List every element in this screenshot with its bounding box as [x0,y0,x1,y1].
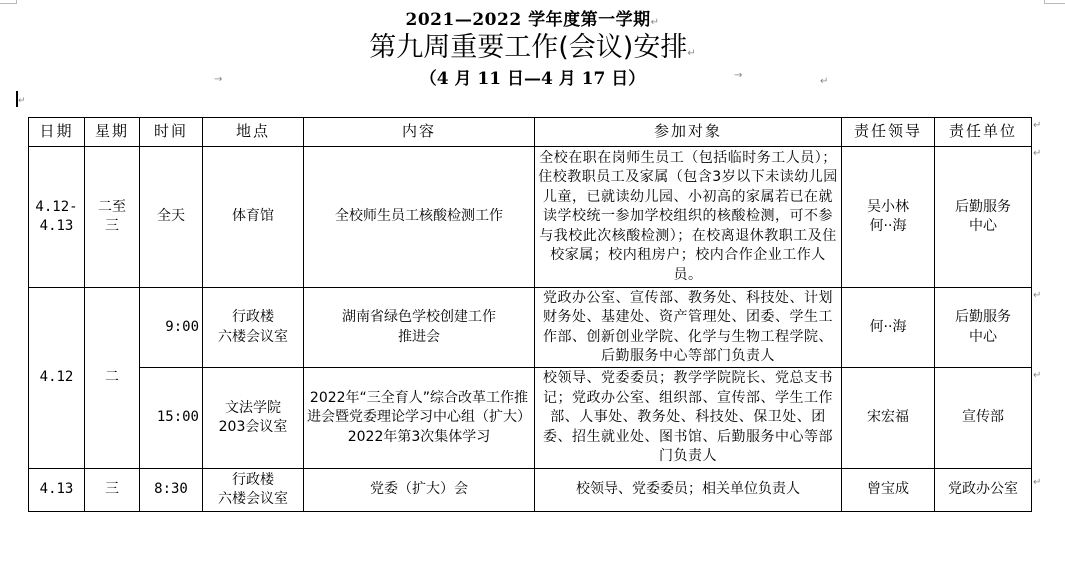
cell-participants: 校领导、党委委员；相关单位负责人 [535,469,842,512]
cell-location: 文法学院 203会议室 [203,368,304,469]
cell-time: 15:00 [140,368,203,469]
cell-participants: 全校在职在岗师生员工（包括临时务工人员）；住校教职员工及家属（包含3岁以下未读幼… [535,147,842,288]
header-content: 内容 [304,118,535,147]
cell-content: 党委（扩大）会 [304,469,535,512]
cell-date: 4.13 [29,469,85,512]
document-title: 第九周重要工作(会议)安排↵ [0,25,1065,64]
cell-participants: 党政办公室、宣传部、教务处、科技处、计划财务处、基建处、资产管理处、团委、学生工… [535,288,842,368]
cell-time: 8:30 [140,469,203,512]
header-leader: 责任领导 [842,118,935,147]
cell-unit: 党政办公室 [935,469,1032,512]
cell-content: 全校师生员工核酸检测工作 [304,147,535,288]
cell-leader: 曾宝成 [842,469,935,512]
date-range-heading: （4 月 11 日—4 月 17 日） [0,64,1065,89]
header-time: 时间 [140,118,203,147]
cell-unit: 后勤服务 中心 [935,147,1032,288]
row-end-mark-icon: ↵ [1033,120,1041,131]
cell-leader: 宋宏福 [842,368,935,469]
cell-time: 9:00 [140,288,203,368]
cell-leader: 何··海 [842,288,935,368]
cell-unit: 宣传部 [935,368,1032,469]
cell-location: 体育馆 [203,147,304,288]
cell-time: 全天 [140,147,203,288]
cell-unit: 后勤服务 中心 [935,288,1032,368]
cell-weekday: 二至 三 [85,147,140,288]
header-date: 日期 [29,118,85,147]
cell-participants: 校领导、党委委员；教学学院院长、党总支书记；党政办公室、组织部、宣传部、学生工作… [535,368,842,469]
cell-date: 4.12- 4.13 [29,147,85,288]
table-row: 4.13 三 8:30 行政楼 六楼会议室 党委（扩大）会 校领导、党委委员；相… [29,469,1032,512]
cell-content: 湖南省绿色学校创建工作 推进会 [304,288,535,368]
row-end-mark-icon: ↵ [1033,290,1041,301]
row-end-mark-icon: ↵ [1033,148,1041,159]
table-row: 15:00 文法学院 203会议室 2022年“三全育人”综合改革工作推进会暨党… [29,368,1032,469]
tab-mark-icon: → [214,74,222,85]
header-location: 地点 [203,118,304,147]
row-end-mark-icon: ↵ [1033,370,1041,381]
schedule-table: 日期 星期 时间 地点 内容 参加对象 责任领导 责任单位 4.12- 4.13… [28,117,1032,512]
page-corner-mark [1044,0,1065,4]
header-weekday: 星期 [85,118,140,147]
cell-date: 4.12 [29,288,85,469]
tab-mark-icon: → [734,70,742,81]
cell-location: 行政楼 六楼会议室 [203,469,304,512]
cell-location: 行政楼 六楼会议室 [203,288,304,368]
cell-weekday: 三 [85,469,140,512]
table-row: 4.12- 4.13 二至 三 全天 体育馆 全校师生员工核酸检测工作 全校在职… [29,147,1032,288]
row-end-mark-icon: ↵ [1033,477,1041,488]
cell-weekday: 二 [85,288,140,469]
table-header-row: 日期 星期 时间 地点 内容 参加对象 责任领导 责任单位 [29,118,1032,147]
header-participants: 参加对象 [535,118,842,147]
header-unit: 责任单位 [935,118,1032,147]
paragraph-mark-icon: ↵ [18,96,26,106]
paragraph-mark-icon: ↵ [820,76,828,87]
page-corner-mark [0,0,17,4]
cell-content: 2022年“三全育人”综合改革工作推进会暨党委理论学习中心组（扩大）2022年第… [304,368,535,469]
cell-leader: 吴小林 何··海 [842,147,935,288]
table-row: 4.12 二 9:00 行政楼 六楼会议室 湖南省绿色学校创建工作 推进会 党政… [29,288,1032,368]
